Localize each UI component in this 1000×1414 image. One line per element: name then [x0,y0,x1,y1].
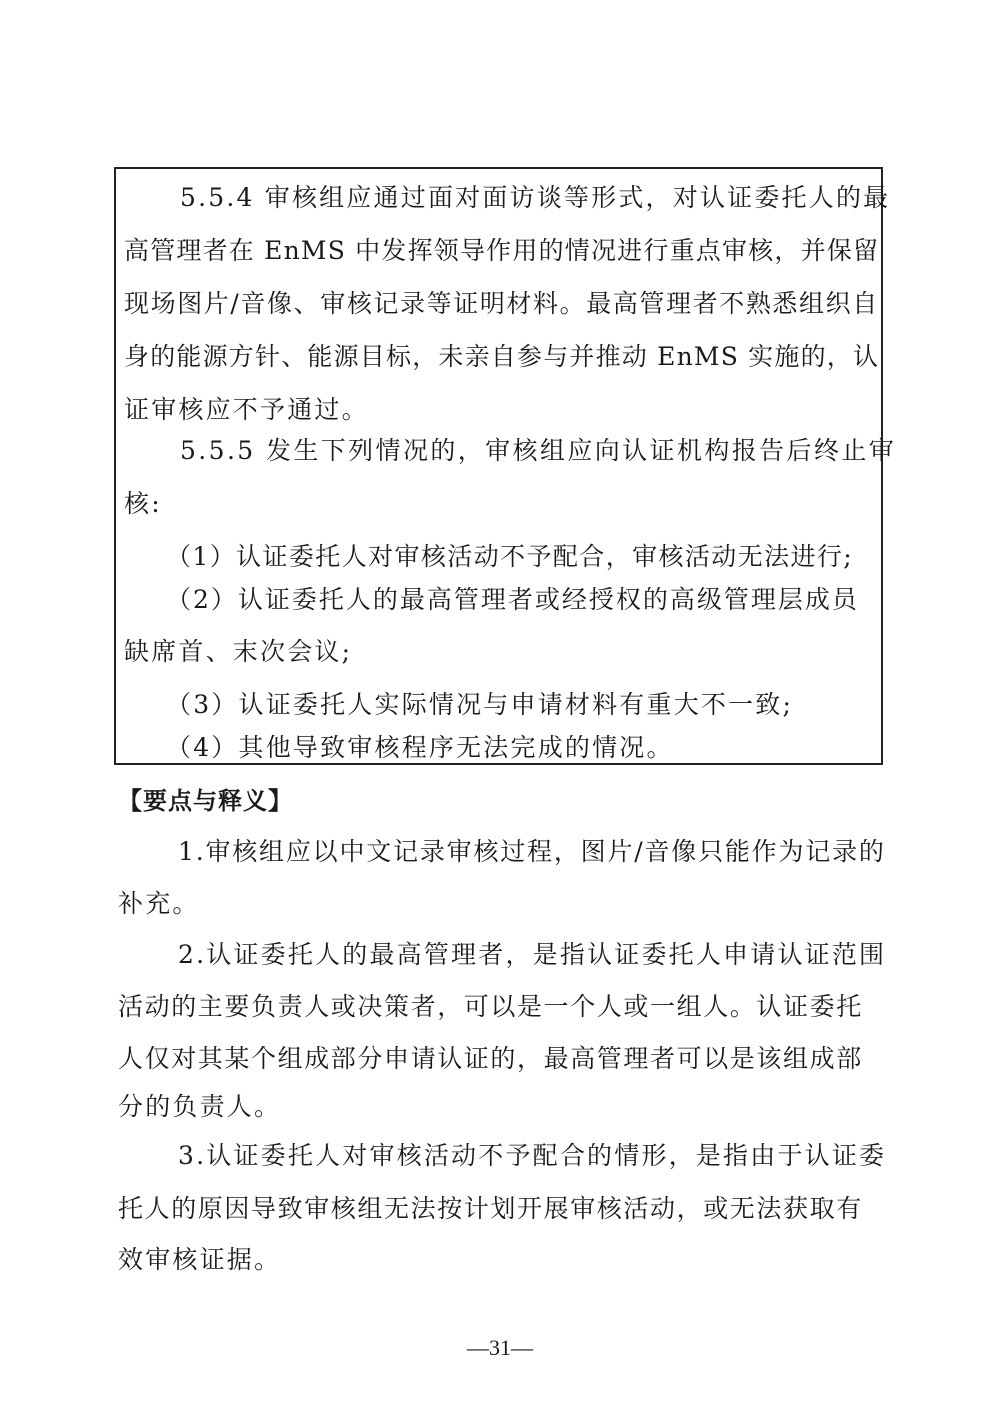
note-3-line: 效审核证据。 [118,1245,281,1275]
termination-item-4: （4）其他导致审核程序无法完成的情况。 [166,733,674,763]
note-2-line: 活动的主要负责人或决策者，可以是一个人或一组人。认证委托 [118,992,863,1022]
page-number: —31— [0,1335,1000,1361]
note-2-line: 2.认证委托人的最高管理者，是指认证委托人申请认证范围 [178,940,886,970]
termination-item-2-cont: 缺席首、末次会议; [124,637,352,667]
clause-5-5-4-line: 身的能源方针、能源目标，未亲自参与并推动 EnMS 实施的，认 [124,342,879,372]
note-2-line: 分的负责人。 [118,1092,281,1122]
clause-5-5-4-line: 现场图片/音像、审核记录等证明材料。最高管理者不熟悉组织自 [124,289,879,319]
note-2-line: 人仅对其某个组成部分申请认证的，最高管理者可以是该组成部 [118,1044,863,1074]
termination-item-3: （3）认证委托人实际情况与申请材料有重大不一致; [166,690,793,720]
termination-item-1: （1）认证委托人对审核活动不予配合，审核活动无法进行; [166,542,853,572]
note-1-line: 1.审核组应以中文记录审核过程，图片/音像只能作为记录的 [178,837,886,867]
clause-5-5-4-line: 5.5.4 审核组应通过面对面访谈等形式，对认证委托人的最 [180,183,890,213]
note-1-line: 补充。 [118,889,200,919]
notes-heading: 【要点与释义】 [118,786,293,816]
clause-5-5-5-line: 核: [124,489,162,519]
clause-5-5-4-line: 证审核应不予通过。 [124,395,369,425]
termination-item-2: （2）认证委托人的最高管理者或经授权的高级管理层成员 [166,585,859,615]
clause-5-5-5-line: 5.5.5 发生下列情况的，审核组应向认证机构报告后终止审 [180,436,896,466]
note-3-line: 3.认证委托人对审核活动不予配合的情形，是指由于认证委 [178,1141,886,1171]
clause-5-5-4-line: 高管理者在 EnMS 中发挥领导作用的情况进行重点审核，并保留 [124,236,879,266]
note-3-line: 托人的原因导致审核组无法按计划开展审核活动，或无法获取有 [118,1194,863,1224]
